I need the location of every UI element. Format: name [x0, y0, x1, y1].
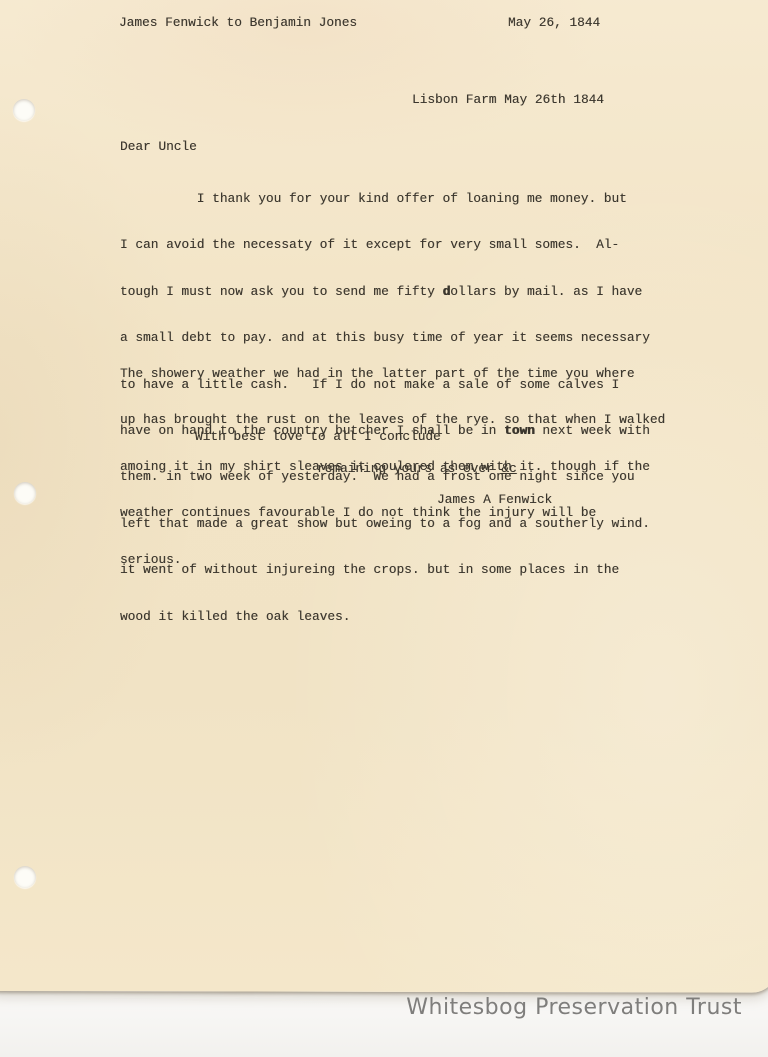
closing-line-1: With best love to all I conclude — [195, 429, 441, 444]
archive-watermark: Whitesbog Preservation Trust — [406, 995, 742, 1020]
closing-text: remaining yours as ever — [317, 461, 501, 476]
paragraph-line: weather continues favourable I do not th… — [120, 505, 665, 521]
paragraph-line: wood it killed the oak leaves. — [120, 609, 650, 625]
dateline: Lisbon Farm May 26th 1844 — [412, 92, 604, 107]
salutation: Dear Uncle — [120, 139, 197, 154]
paragraph-line: up has brought the rust on the leaves of… — [120, 412, 665, 428]
etc-abbreviation: &c — [501, 461, 516, 476]
paragraph-line: serious. — [120, 552, 665, 568]
header-attribution: James Fenwick to Benjamin Jones — [119, 15, 357, 30]
line-text: tough I must now ask you to send me fift… — [120, 284, 443, 299]
line-text: ollars by mail. as I have — [450, 284, 642, 299]
paragraph-line: I thank you for your kind offer of loani… — [120, 191, 650, 207]
paragraph-line: tough I must now ask you to send me fift… — [120, 284, 650, 300]
closing-line-2: remaining yours as ever &c — [317, 461, 517, 476]
paragraph-line: The showery weather we had in the latter… — [120, 366, 665, 382]
letter-content: James Fenwick to Benjamin Jones May 26, … — [0, 0, 768, 1001]
paragraph-line: I can avoid the necessaty of it except f… — [120, 237, 650, 253]
signature: James A Fenwick — [437, 492, 552, 507]
header-date: May 26, 1844 — [508, 15, 600, 30]
